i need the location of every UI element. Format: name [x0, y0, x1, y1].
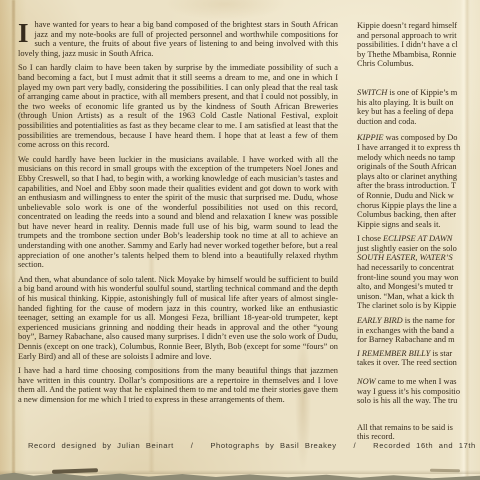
- left-column: Ihave wanted for years to hear a big ban…: [18, 20, 338, 410]
- text-line: and personal approach to writ: [357, 31, 480, 41]
- text-line: alto, and Mongesi’s muted tr: [357, 282, 480, 292]
- text-line: duction and coda.: [357, 117, 480, 127]
- text-line: after the brass introduction. T: [357, 181, 480, 191]
- text-line: just slightly easier on the solo: [357, 244, 480, 254]
- text-line: by Thethe Mbambisa, Ronnie: [357, 50, 480, 60]
- text-line: melody which needs no tamp: [357, 153, 480, 163]
- text-line: takes it over. The reed section: [357, 358, 480, 368]
- text-line: Columbus backing, then after: [357, 210, 480, 220]
- text-line: originals of the South African: [357, 162, 480, 172]
- text-line: SOUTH EASTER, WATER’S: [357, 253, 480, 263]
- clipped-paragraph: All that remains to be said isthis recor…: [357, 423, 480, 442]
- text-line: The clarinet solo is by Kippie: [357, 301, 480, 311]
- text-line: plays alto or clarinet anything: [357, 172, 480, 182]
- left-edge-crease: [12, 0, 15, 480]
- text-line: in exchanges with the band a: [357, 326, 480, 336]
- text-line: unison. “Man, what a kick th: [357, 292, 480, 302]
- text-line: key but has a feeling of depa: [357, 107, 480, 117]
- text-line: chorus Kippie plays the line a: [357, 201, 480, 211]
- text-line: I chose ECLIPSE AT DAWN: [357, 234, 480, 244]
- drop-cap-initial: I: [18, 20, 35, 45]
- text-line: I have arranged it to express th: [357, 143, 480, 153]
- opening-paragraph: Ihave wanted for years to hear a big ban…: [18, 20, 338, 58]
- paragraph: So I can hardly claim to have been taken…: [18, 63, 338, 149]
- clipped-paragraph: I chose ECLIPSE AT DAWNjust slightly eas…: [357, 234, 480, 311]
- text-line: of Ronnie, Dudu and Nick w: [357, 191, 480, 201]
- text-line: EARLY BIRD is the name for: [357, 316, 480, 326]
- clipped-paragraph: SWITCH is one of Kippie’s mhis alto play…: [357, 88, 480, 126]
- text-line: for Barney Rabachane and m: [357, 335, 480, 345]
- text-line: Chris Columbus.: [357, 59, 480, 69]
- text-line: his alto playing. It is built on: [357, 98, 480, 108]
- text-line: possibilities. I didn’t have a cl: [357, 40, 480, 50]
- left-paragraphs: So I can hardly claim to have been taken…: [18, 63, 338, 404]
- text-line: had necessarily to concentrat: [357, 263, 480, 273]
- text-line: NOW came to me when I was: [357, 377, 480, 387]
- opening-paragraph-text: have wanted for years to hear a big band…: [18, 20, 338, 58]
- text-line: Kippie signs and seals it.: [357, 220, 480, 230]
- paragraph: We could hardly have been luckier in the…: [18, 155, 338, 270]
- text-line: Kippie doesn’t regard himself: [357, 21, 480, 31]
- paper-tear-fragment: [430, 469, 460, 473]
- text-line: KIPPIE was composed by Do: [357, 133, 480, 143]
- text-line: All that remains to be said is: [357, 423, 480, 433]
- text-line: front-line sound you may won: [357, 273, 480, 283]
- paragraph: I have had a hard time choosing composit…: [18, 366, 338, 404]
- clipped-paragraph: I REMEMBER BILLY is startakes it over. T…: [357, 349, 480, 368]
- paragraph: And then, what abundance of solo talent.…: [18, 275, 338, 361]
- credits-footer: Record designed by Julian Beinart / Phot…: [28, 441, 480, 450]
- text-line: solo is his all the way. The tru: [357, 396, 480, 406]
- text-line: SWITCH is one of Kippie’s m: [357, 88, 480, 98]
- clipped-paragraph: NOW came to me when I wasway I guess it’…: [357, 377, 480, 406]
- text-line: way I guess it’s his compositio: [357, 387, 480, 397]
- right-column: Kippie doesn’t regard himselfand persona…: [357, 21, 480, 442]
- clipped-paragraph: EARLY BIRD is the name forin exchanges w…: [357, 316, 480, 345]
- text-line: I REMEMBER BILLY is star: [357, 349, 480, 359]
- clipped-paragraph: Kippie doesn’t regard himselfand persona…: [357, 21, 480, 69]
- clipped-paragraph: KIPPIE was composed by DoI have arranged…: [357, 133, 480, 229]
